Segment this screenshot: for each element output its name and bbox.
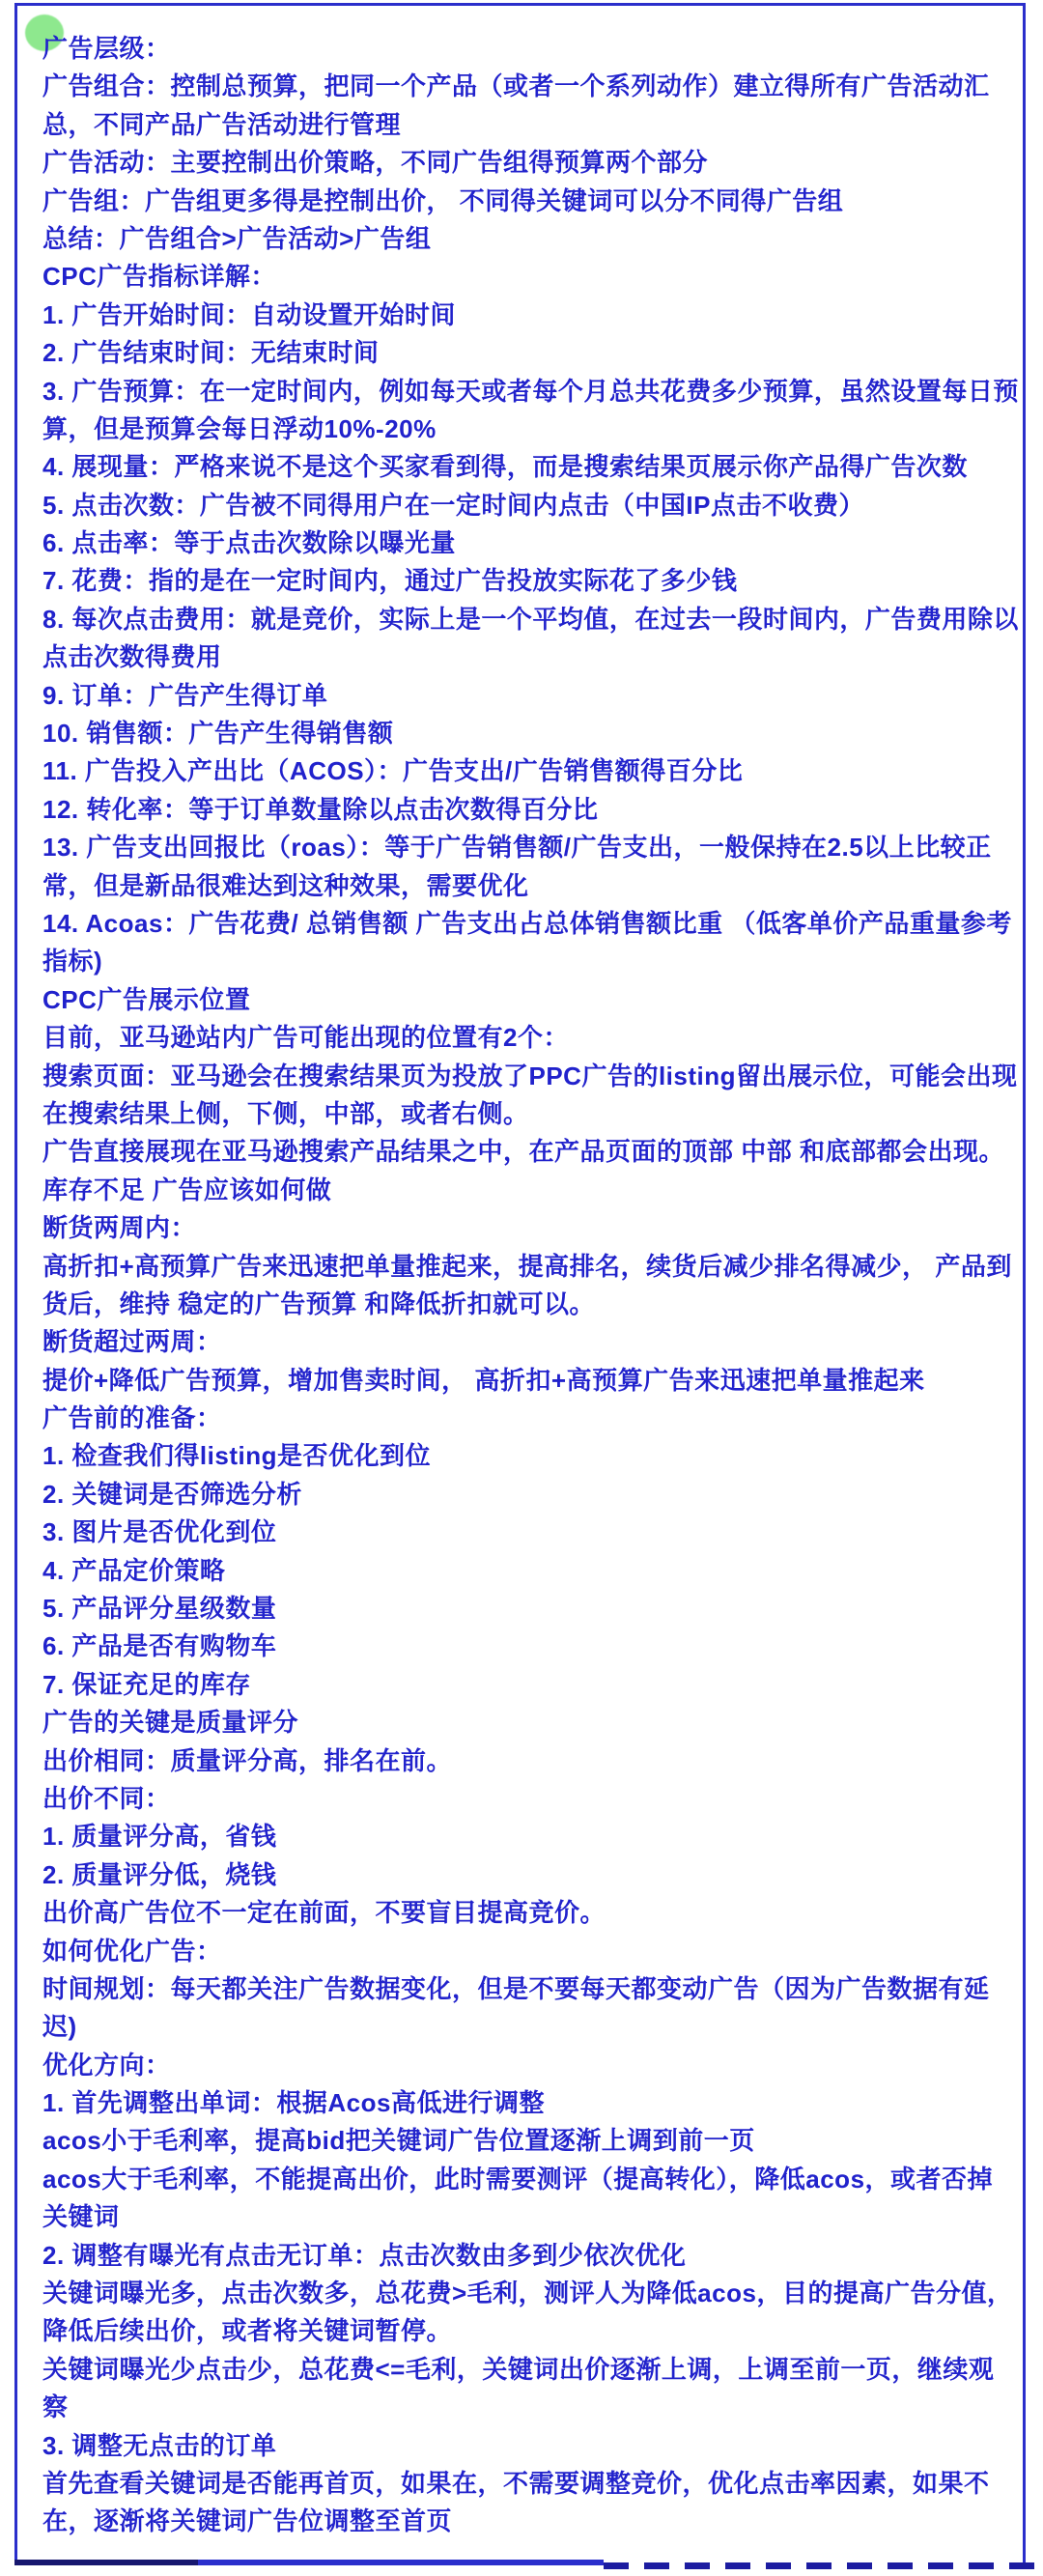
text-line: 广告前的准备： — [42, 1400, 1018, 1437]
text-line: 关键词 — [42, 2198, 1018, 2236]
text-line: 4. 产品定价策略 — [42, 1552, 1018, 1590]
text-line: 指标) — [42, 943, 1018, 980]
text-line: 降低后续出价，或者将关键词暂停。 — [42, 2312, 1018, 2350]
text-line: 点击次数得费用 — [42, 638, 1018, 676]
text-line: 在搜索结果上侧，下侧，中部，或者右侧。 — [42, 1095, 1018, 1133]
text-line: acos大于毛利率，不能提高出价，此时需要测评（提高转化），降低acos，或者否… — [42, 2161, 1018, 2198]
text-line: 1. 质量评分高，省钱 — [42, 1818, 1018, 1855]
text-line: 搜索页面：亚马逊会在搜索结果页为投放了PPC广告的listing留出展示位，可能… — [42, 1058, 1018, 1095]
text-line: 9. 订单：广告产生得订单 — [42, 677, 1018, 715]
text-line: 时间规划：每天都关注广告数据变化，但是不要每天都变动广告（因为广告数据有延 — [42, 1970, 1018, 2008]
text-line: 3. 图片是否优化到位 — [42, 1514, 1018, 1551]
text-line: 10. 销售额：广告产生得销售额 — [42, 715, 1018, 752]
text-line: 广告组合：控制总预算，把同一个产品（或者一个系列动作）建立得所有广告活动汇 — [42, 68, 1018, 105]
text-line: 2. 关键词是否筛选分析 — [42, 1476, 1018, 1514]
text-line: 14. Acoas：广告花费/ 总销售额 广告支出占总体销售额比重 （低客单价产… — [42, 905, 1018, 943]
text-line: 察 — [42, 2389, 1018, 2426]
text-line: CPC广告展示位置 — [42, 981, 1018, 1019]
notes-page: 广告层级：广告组合：控制总预算，把同一个产品（或者一个系列动作）建立得所有广告活… — [0, 0, 1043, 2576]
text-line: 11. 广告投入产出比（ACOS）：广告支出/广告销售额得百分比 — [42, 752, 1018, 790]
text-line: 7. 保证充足的库存 — [42, 1666, 1018, 1704]
text-line: 7. 花费：指的是在一定时间内，通过广告投放实际花了多少钱 — [42, 562, 1018, 600]
text-line: 迟) — [42, 2008, 1018, 2046]
text-line: 广告的关键是质量评分 — [42, 1704, 1018, 1741]
text-line: 3. 广告预算：在一定时间内，例如每天或者每个月总共花费多少预算，虽然设置每日预 — [42, 373, 1018, 410]
text-line: 广告活动：主要控制出价策略，不同广告组得预算两个部分 — [42, 144, 1018, 182]
text-line: 广告组：广告组更多得是控制出价， 不同得关键词可以分不同得广告组 — [42, 183, 1018, 220]
text-line: 在，逐渐将关键词广告位调整至首页 — [42, 2503, 1018, 2540]
text-line: 总结：广告组合>广告活动>广告组 — [42, 220, 1018, 258]
text-line: 目前，亚马逊站内广告可能出现的位置有2个： — [42, 1019, 1018, 1057]
text-line: 出价相同：质量评分高，排名在前。 — [42, 1742, 1018, 1780]
text-line: 算，但是预算会每日浮动10%-20% — [42, 410, 1018, 448]
text-line: 优化方向： — [42, 2047, 1018, 2084]
text-line: 6. 点击率：等于点击次数除以曝光量 — [42, 524, 1018, 562]
text-line: 广告层级： — [42, 30, 1018, 68]
bottom-border-dashed — [604, 2562, 1043, 2569]
text-line: 8. 每次点击费用：就是竞价，实际上是一个平均值，在过去一段时间内，广告费用除以 — [42, 601, 1018, 638]
text-line: 2. 广告结束时间：无结束时间 — [42, 334, 1018, 372]
text-line: 1. 检查我们得listing是否优化到位 — [42, 1437, 1018, 1475]
text-line: 5. 点击次数：广告被不同得用户在一定时间内点击（中国IP点击不收费） — [42, 487, 1018, 524]
text-line: 总，不同产品广告活动进行管理 — [42, 106, 1018, 144]
text-line: 首先查看关键词是否能再首页，如果在，不需要调整竞价，优化点击率因素，如果不 — [42, 2465, 1018, 2503]
text-line: 2. 调整有曝光有点击无订单：点击次数由多到少依次优化 — [42, 2237, 1018, 2275]
text-line: 12. 转化率：等于订单数量除以点击次数得百分比 — [42, 791, 1018, 829]
text-line: 如何优化广告： — [42, 1933, 1018, 1970]
text-line: 13. 广告支出回报比（roas）：等于广告销售额/广告支出，一般保持在2.5以… — [42, 829, 1018, 866]
text-line: CPC广告指标详解： — [42, 258, 1018, 296]
text-line: 断货超过两周： — [42, 1323, 1018, 1361]
text-line: 1. 首先调整出单词：根据Acos高低进行调整 — [42, 2084, 1018, 2122]
text-line: 5. 产品评分星级数量 — [42, 1590, 1018, 1628]
text-line: 3. 调整无点击的订单 — [42, 2427, 1018, 2465]
text-line: 常，但是新品很难达到这种效果，需要优化 — [42, 867, 1018, 905]
text-line: 库存不足 广告应该如何做 — [42, 1172, 1018, 1209]
text-line: 出价高广告位不一定在前面，不要盲目提高竞价。 — [42, 1894, 1018, 1932]
text-line: 广告直接展现在亚马逊搜索产品结果之中，在产品页面的顶部 中部 和底部都会出现。 — [42, 1133, 1018, 1171]
text-line: 货后，维持 稳定的广告预算 和降低折扣就可以。 — [42, 1286, 1018, 1323]
text-line: 4. 展现量：严格来说不是这个买家看到得，而是搜索结果页展示你产品得广告次数 — [42, 448, 1018, 486]
text-line: 提价+降低广告预算，增加售卖时间， 高折扣+高预算广告来迅速把单量推起来 — [42, 1362, 1018, 1400]
text-line: 1. 广告开始时间：自动设置开始时间 — [42, 297, 1018, 334]
text-line: 关键词曝光少点击少，总花费<=毛利，关键词出价逐渐上调，上调至前一页，继续观 — [42, 2351, 1018, 2389]
text-line: acos小于毛利率，提高bid把关键词广告位置逐渐上调到前一页 — [42, 2122, 1018, 2160]
text-line: 断货两周内： — [42, 1209, 1018, 1247]
document-text: 广告层级：广告组合：控制总预算，把同一个产品（或者一个系列动作）建立得所有广告活… — [42, 30, 1018, 2541]
bottom-border-solid — [14, 2560, 604, 2565]
text-line: 关键词曝光多，点击次数多，总花费>毛利，测评人为降低acos，目的提高广告分值， — [42, 2275, 1018, 2312]
text-line: 6. 产品是否有购物车 — [42, 1628, 1018, 1665]
text-line: 高折扣+高预算广告来迅速把单量推起来，提高排名，续货后减少排名得减少， 产品到 — [42, 1248, 1018, 1286]
text-line: 出价不同： — [42, 1780, 1018, 1818]
text-line: 2. 质量评分低，烧钱 — [42, 1856, 1018, 1894]
